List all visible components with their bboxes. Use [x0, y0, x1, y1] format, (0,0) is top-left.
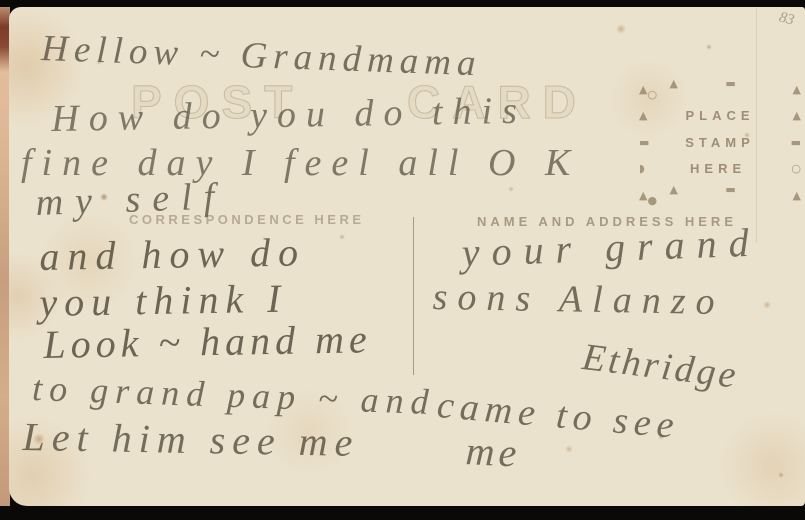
- handwriting-line: How do you do this: [51, 91, 527, 141]
- handwriting-layer: Hellow ~ GrandmamaHow do you do thisfine…: [9, 7, 805, 506]
- handwriting-line: my self: [35, 176, 227, 224]
- handwriting-line: your grand: [461, 221, 761, 275]
- handwriting-line: me: [465, 429, 522, 476]
- handwriting-line: Hellow ~ Grandmama: [41, 29, 483, 85]
- handwriting-line: fine day I feel all O K: [21, 143, 580, 185]
- handwriting-line: sons Alanzo: [432, 277, 725, 324]
- handwriting-line: Let him see me: [22, 415, 360, 465]
- postcard-back: POST CARD CORRESPONDENCE HERE NAME AND A…: [9, 7, 805, 506]
- handwriting-line: Ethridge: [580, 337, 741, 398]
- handwriting-line: and how do: [39, 230, 306, 279]
- postcard-scan: POST CARD CORRESPONDENCE HERE NAME AND A…: [0, 0, 805, 520]
- handwriting-line: Look ~ hand me: [43, 317, 372, 367]
